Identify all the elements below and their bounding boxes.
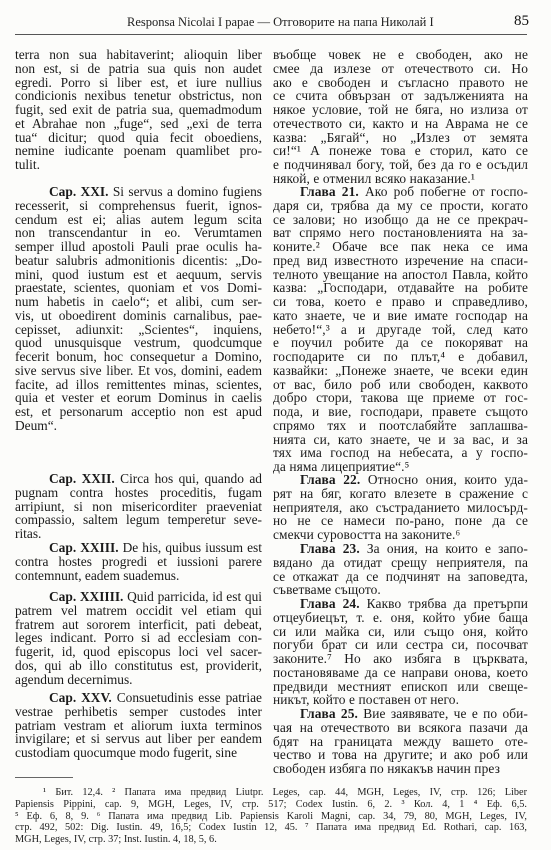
footnote-divider [15, 777, 73, 778]
running-title: Responsa Nicolai I papae — Отговорите на… [127, 15, 434, 30]
text-line: казвайки: „Понеже знаете, че всеки един [273, 364, 528, 378]
running-header: Responsa Nicolai I papae — Отговорите на… [15, 12, 527, 35]
text-line: patrem vel matrem occidit vel etiam qui [15, 604, 262, 618]
paragraph-cap24: Cap. XXIIII. Quid parricida, id est quip… [15, 590, 262, 686]
text-line: Глава 22. Относно ония, които уда- [273, 473, 528, 487]
text-line: recesserit, si comprehensus fuerit, igno… [15, 199, 262, 213]
text-line: вядано да отидат срещу неприятеля, па [273, 556, 528, 570]
line-text: чество и това на другите; и ако роб или [273, 747, 528, 762]
line-text: non est, si de patria sua quis non audet [15, 61, 262, 76]
text-line: egredi. Porro si liber est, et iure null… [15, 76, 262, 90]
line-text: рят на бяг, когато влезете в сражение с [273, 486, 528, 501]
line-text: recesserit, si comprehensus fuerit, igno… [15, 198, 262, 213]
line-text: спрямо тях и поотслабяйте заплашва- [273, 418, 528, 433]
line-text: смекчи суровостта на законите.⁶ [273, 527, 460, 542]
text-line: fecerit bonum, hoc consequetur a Domino, [15, 350, 262, 364]
paragraph-gl21: Глава 21. Ако роб побегне от госпо-даря … [273, 185, 528, 474]
line-text: vis, ut oboedirent dominis carnalibus, p… [15, 308, 262, 323]
paragraph-cap21: Cap. XXI. Si servus a domino fugiensrece… [15, 185, 262, 433]
line-text: отцеубиецът, т. е. оня, който убие баща [273, 610, 528, 625]
text-line: отцеубиецът, т. е. оня, който убие баща [273, 611, 528, 625]
text-line: тях има господ на небесата, а у госпо- [273, 446, 528, 460]
footnote-line: Papiensis Pippini, cap. 9, MGH, Leges, I… [15, 799, 527, 811]
text-line: non est, si de patria sua quis non audet [15, 62, 262, 76]
line-text: pugnam contra hostes proceditis, fugam [15, 485, 262, 500]
chapter-heading: Cap. XXI. [49, 184, 108, 199]
line-text: въобще човек не е свободен, ако не [273, 47, 528, 62]
line-text: quod unusquisque vestrum, quodcumque [15, 335, 262, 350]
line-text: cepisset, adiunxit: „Scientes“, inquiens… [15, 322, 262, 337]
footnote-line: MGH, Leges, IV, стр. 37; Inst. Iustin. 4… [15, 834, 527, 846]
line-text: non transcendantur in eo. Verumtamen [15, 225, 262, 240]
text-line: contra hostes progredi et iussioni parer… [15, 555, 262, 569]
text-line: ritas. [15, 527, 262, 541]
line-text: си!“¹ А понеже това е сторил, като се [273, 143, 528, 158]
text-line: предвиди местният епископ или свеще- [273, 680, 528, 694]
chapter-heading: Глава 24. [300, 596, 360, 611]
text-line: неприятеля, ако състраданието милосърд- [273, 501, 528, 515]
line-text: arripiunt, si non misericorditer praeven… [15, 499, 262, 514]
line-text: fugit, sed exit de patria sua, quemadmod… [15, 102, 262, 117]
text-line: praestate, scientes, quoniam et vos Domi… [15, 281, 262, 295]
line-text: чая на отечеството ви всякога пазачи да [273, 720, 528, 735]
text-line: fugit, sed exit de patria sua, quemadmod… [15, 103, 262, 117]
text-line: semper illud apostoli Pauli prae oculis … [15, 240, 262, 254]
text-line: quod unusquisque vestrum, quodcumque [15, 336, 262, 350]
line-text: добро стори, такова ще приеме от гос- [273, 390, 528, 405]
text-line: господарите си по плът,⁴ е добавил, [273, 350, 528, 364]
line-text: е поучил робите да се покоряват на [273, 335, 528, 350]
line-text: неприятеля, ако състраданието милосърд- [273, 500, 528, 515]
text-line: leges indicant. Porro si ad ecclesiam co… [15, 631, 262, 645]
text-line: fratrem aut sororem interficit, pati deb… [15, 618, 262, 632]
line-text: invigilare; et si servus aut liber per e… [15, 731, 262, 746]
text-line: но не се намеси по-рано, поне да се [273, 514, 528, 528]
text-line: num habetis in caelo“; et alibi, cum ser… [15, 295, 262, 309]
line-text: fratrem aut sororem interficit, pati deb… [15, 617, 262, 632]
line-text: ritas. [15, 526, 41, 541]
text-line: от вас, било роб или свободен, каквото [273, 378, 528, 392]
line-text: от вас, било роб или свободен, каквото [273, 377, 528, 392]
line-text: Circa hos qui, quando ad [120, 471, 262, 486]
text-line: tulit. [15, 158, 262, 172]
line-text: egredi. Porro si liber est, et iure null… [15, 75, 262, 90]
text-line: custodiam quocumque modo fugerit, sine [15, 746, 262, 760]
text-line: законите.⁷ Но ако избяга в църквата, [273, 652, 528, 666]
text-line: non transcendantur in eo. Verumtamen [15, 226, 262, 240]
line-text: съветваме същото. [273, 582, 381, 597]
text-line: чая на отечеството ви всякога пазачи да [273, 721, 528, 735]
line-text: nemine iudicante poenam quamlibet pro- [15, 143, 262, 158]
line-text: est, et personarum acceptio non est apud [15, 404, 262, 419]
paragraph-cont: въобще човек не е свободен, ако несмее д… [273, 48, 528, 186]
line-text: но не се намеси по-рано, поне да се [273, 513, 528, 528]
text-line: погуби брат си или сестра си, посочват [273, 638, 528, 652]
text-line: agendum decernimus. [15, 673, 262, 687]
text-line: Глава 25. Вие заявявате, че е по оби- [273, 707, 528, 721]
text-line: compassio, saltem legum temperetur seve- [15, 513, 262, 527]
line-text: patriam vestram et aliorum iuxta termino… [15, 718, 262, 733]
line-text: пода, и вие, господари, правете същото [273, 404, 528, 419]
line-text: vestrae perhibetis semper custodes inter [15, 704, 262, 719]
text-line: beatur salubris admonitionis dicentis: „… [15, 254, 262, 268]
text-line: е поучил робите да се покоряват на [273, 336, 528, 350]
line-text: е подчинявал богу, той, без да го е осъд… [273, 157, 528, 172]
line-text: господарите си по плът,⁴ е добавил, [273, 349, 528, 364]
line-text: пред вид известното изречение на спаси- [273, 253, 528, 268]
line-text: небето!“,³ а и другаде той, след като [273, 322, 528, 337]
text-line: даря си, трябва да му се прости, когато [273, 199, 528, 213]
line-text: beatur salubris admonitionis dicentis: „… [15, 253, 262, 268]
text-line: vestrae perhibetis semper custodes inter [15, 705, 262, 719]
text-line: е подчинявал богу, той, без да го е осъд… [273, 158, 528, 172]
line-text: contra hostes progredi et iussioni parer… [15, 554, 262, 569]
chapter-heading: Глава 21. [300, 184, 359, 199]
line-text: нията си, като знаете, че и за вас, и за [273, 432, 528, 447]
line-text: коните.² Обаче все пак нека се има [273, 239, 528, 254]
line-text: patrem vel matrem occidit vel etiam qui [15, 603, 262, 618]
line-text: terra non sua habitaverint; alioquin lib… [15, 47, 262, 62]
paragraph-cap23: Cap. XXIII. De his, quibus iussum estcon… [15, 541, 262, 582]
text-line: съветваме същото. [273, 583, 528, 597]
paragraph-cap25: Cap. XXV. Consuetudinis esse patriaevest… [15, 691, 262, 760]
text-line: се откажат да се подчинят на заповедта, [273, 570, 528, 584]
text-line: quia et vester et eorum Dominus in caeli… [15, 391, 262, 405]
text-line: въобще човек не е свободен, ако не [273, 48, 528, 62]
text-line: invigilare; et si servus aut liber per e… [15, 732, 262, 746]
footnotes: ¹ Бит. 12,4. ² Папата има предвид Liutpr… [15, 787, 527, 846]
line-text: казва: „Бягай“, но „Излез от земята [273, 130, 528, 145]
chapter-heading: Глава 22. [300, 472, 360, 487]
paragraph-gl22: Глава 22. Относно ония, които уда-рят на… [273, 473, 528, 542]
line-text: custodiam quocumque modo fugerit, sine [15, 745, 237, 760]
line-text: тях има господ на небесата, а у госпо- [273, 445, 528, 460]
text-line: постановяваме да се направи онова, което [273, 666, 528, 680]
line-text: се залови; но изобщо да не се прекрач- [273, 212, 528, 227]
text-line: Cap. XXI. Si servus a domino fugiens [15, 185, 262, 199]
text-line: et Abrahae non „fuge“, sed „exi de terra [15, 117, 262, 131]
line-text: fecerit bonum, hoc consequetur a Domino, [15, 349, 262, 364]
text-line: си това, което е право и справедливо, [273, 295, 528, 309]
line-text: се откажат да се подчинят на заповедта, [273, 569, 528, 584]
text-line: Глава 21. Ако роб побегне от госпо- [273, 185, 528, 199]
text-line: Cap. XXII. Circa hos qui, quando ad [15, 472, 262, 486]
line-text: Ако роб побегне от госпо- [365, 184, 528, 199]
line-text: телното увещание на апостол Павла, който [273, 267, 528, 282]
chapter-heading: Cap. XXII. [49, 471, 115, 486]
line-text: Consuetudinis esse patriae [117, 690, 262, 705]
line-text: tua“ dicitur; quod quia fecit oboediens, [15, 130, 262, 145]
text-line: бдят на границата между вашето оте- [273, 735, 528, 749]
paragraph-cont: terra non sua habitaverint; alioquin lib… [15, 48, 262, 172]
text-line: казва: „Господари, отдавайте на робите [273, 281, 528, 295]
footnote-line: ⁵ Еф. 6, 8, 9. ⁶ Папата има предвид Lib.… [15, 811, 527, 823]
line-text: Deum“. [15, 418, 57, 433]
page-number: 85 [514, 13, 529, 30]
line-text: ват спрямо него постановленията на за- [273, 225, 528, 240]
text-line: като знаете, че и вие имате господар на [273, 309, 528, 323]
text-line: ако е свободен и съгласно правото не [273, 76, 528, 90]
text-line: pugnam contra hostes proceditis, fugam [15, 486, 262, 500]
text-line: est, et personarum acceptio non est apud [15, 405, 262, 419]
line-text: свободен избяга по някакъв начин през [273, 761, 500, 776]
text-line: добро стори, такова ще приеме от гос- [273, 391, 528, 405]
chapter-heading: Cap. XXIIII. [49, 589, 123, 604]
text-line: коните.² Обаче все пак нека се има [273, 240, 528, 254]
paragraph-gl23: Глава 23. За ония, на които е запо-вядан… [273, 542, 528, 597]
text-line: contemnunt, eadem suademus. [15, 569, 262, 583]
line-text: никът, който е поставен от него. [273, 692, 459, 707]
text-line: никът, който е поставен от него. [273, 693, 528, 707]
line-text: cendum est ei; alias autem legum scita [15, 212, 262, 227]
text-line: Cap. XXV. Consuetudinis esse patriae [15, 691, 262, 705]
text-line: cendum est ei; alias autem legum scita [15, 213, 262, 227]
text-line: си!“¹ А понеже това е сторил, като се [273, 144, 528, 158]
line-text: Вие заявявате, че е по оби- [363, 706, 528, 721]
text-line: някое условие, той не бяга, но излиза от [273, 103, 528, 117]
text-line: смее да излезе от отечеството си. Но [273, 62, 528, 76]
text-line: отечеството си, както и на Аврама не се [273, 117, 528, 131]
paragraph-gl24: Глава 24. Какво трябва да претърпиотцеуб… [273, 597, 528, 707]
line-text: mini, quod iustum est et aequum, servis [15, 267, 262, 282]
text-line: cepisset, adiunxit: „Scientes“, inquiens… [15, 323, 262, 337]
text-line: си или майка си, или също оня, който [273, 625, 528, 639]
line-text: Quid parricida, id est qui [127, 589, 262, 604]
text-line: чество и това на другите; и ако роб или [273, 748, 528, 762]
line-text: За ония, на които е запо- [367, 541, 528, 556]
line-text: et Abrahae non „fuge“, sed „exi de terra [15, 116, 262, 131]
line-text: си това, което е право и справедливо, [273, 294, 528, 309]
line-text: compassio, saltem legum temperetur seve- [15, 512, 262, 527]
text-line: смекчи суровостта на законите.⁶ [273, 528, 528, 542]
text-line: tua“ dicitur; quod quia fecit oboediens, [15, 131, 262, 145]
line-text: вядано да отидат срещу неприятеля, па [273, 555, 528, 570]
line-text: погуби брат си или сестра си, посочват [273, 637, 528, 652]
text-line: рят на бяг, когато влезете в сражение с [273, 487, 528, 501]
line-text: Какво трябва да претърпи [367, 596, 528, 611]
text-line: vis, ut oboedirent dominis carnalibus, p… [15, 309, 262, 323]
line-text: num habetis in caelo“; et alibi, cum ser… [15, 294, 262, 309]
text-line: fugerit, id, quod episcopus loci vel sac… [15, 645, 262, 659]
line-text: semper illud apostoli Pauli prae oculis … [15, 239, 262, 254]
text-line: свободен избяга по някакъв начин през [273, 762, 528, 776]
line-text: като знаете, че и вие имате господар на [273, 308, 528, 323]
text-line: facite, ad illos remittentes minas, scie… [15, 378, 262, 392]
line-text: sive servus sive liber. Et vos, domini, … [15, 363, 262, 378]
text-line: спрямо тях и поотслабяйте заплашва- [273, 419, 528, 433]
line-text: dos, qui ab illo constitutus est, provid… [15, 658, 262, 673]
line-text: contemnunt, eadem suademus. [15, 568, 179, 583]
chapter-heading: Cap. XXV. [49, 690, 112, 705]
line-text: Si servus a domino fugiens [113, 184, 262, 199]
line-text: quia et vester et eorum Dominus in caeli… [15, 390, 262, 405]
text-line: sive servus sive liber. Et vos, domini, … [15, 364, 262, 378]
line-text: постановяваме да се направи онова, което [273, 665, 528, 680]
line-text: fugerit, id, quod episcopus loci vel sac… [15, 644, 262, 659]
line-text: condicionis nexibus tenetur obstrictus, … [15, 88, 262, 103]
line-text: facite, ad illos remittentes minas, scie… [15, 377, 262, 392]
line-text: някое условие, той не бяга, но излиза от [273, 102, 528, 117]
text-line: ват спрямо него постановленията на за- [273, 226, 528, 240]
text-line: небето!“,³ а и другаде той, след като [273, 323, 528, 337]
text-line: mini, quod iustum est et aequum, servis [15, 268, 262, 282]
paragraph-gl25: Глава 25. Вие заявявате, че е по оби-чая… [273, 707, 528, 776]
text-line: Deum“. [15, 419, 262, 433]
line-text: смее да излезе от отечеството си. Но [273, 61, 528, 76]
line-text: си или майка си, или също оня, който [273, 624, 528, 639]
line-text: отечеството си, както и на Аврама не се [273, 116, 528, 131]
line-text: бдят на границата между вашето оте- [273, 734, 528, 749]
text-line: patriam vestram et aliorum iuxta termino… [15, 719, 262, 733]
line-text: De his, quibus iussum est [123, 540, 262, 555]
line-text: ако е свободен и съгласно правото не [273, 75, 528, 90]
line-text: даря си, трябва да му се прости, когато [273, 198, 528, 213]
text-line: Глава 23. За ония, на които е запо- [273, 542, 528, 556]
text-line: пред вид известното изречение на спаси- [273, 254, 528, 268]
line-text: казва: „Господари, отдавайте на робите [273, 280, 528, 295]
text-line: condicionis nexibus tenetur obstrictus, … [15, 89, 262, 103]
text-line: нията си, като знаете, че и за вас, и за [273, 433, 528, 447]
line-text: agendum decernimus. [15, 672, 133, 687]
chapter-heading: Глава 23. [300, 541, 360, 556]
line-text: tulit. [15, 157, 40, 172]
chapter-heading: Cap. XXIII. [49, 540, 119, 555]
line-text: предвиди местният епископ или свеще- [273, 679, 528, 694]
text-line: се счита обвързан от задълженията на [273, 89, 528, 103]
line-text: leges indicant. Porro si ad ecclesiam co… [15, 630, 262, 645]
line-text: казвайки: „Понеже знаете, че всеки един [273, 363, 528, 378]
text-line: terra non sua habitaverint; alioquin lib… [15, 48, 262, 62]
text-line: Cap. XXIII. De his, quibus iussum est [15, 541, 262, 555]
chapter-heading: Глава 25. [300, 706, 358, 721]
text-line: Cap. XXIIII. Quid parricida, id est qui [15, 590, 262, 604]
text-line: пода, и вие, господари, правете същото [273, 405, 528, 419]
line-text: се счита обвързан от задълженията на [273, 88, 528, 103]
paragraph-cap22: Cap. XXII. Circa hos qui, quando adpugna… [15, 472, 262, 541]
text-line: телното увещание на апостол Павла, който [273, 268, 528, 282]
text-line: nemine iudicante poenam quamlibet pro- [15, 144, 262, 158]
footnote-line: ¹ Бит. 12,4. ² Папата има предвид Liutpr… [15, 787, 527, 799]
text-line: казва: „Бягай“, но „Излез от земята [273, 131, 528, 145]
line-text: Относно ония, които уда- [368, 472, 528, 487]
text-line: arripiunt, si non misericorditer praeven… [15, 500, 262, 514]
text-line: dos, qui ab illo constitutus est, provid… [15, 659, 262, 673]
footnote-line: стр. 492, 502: Dig. Iustin. 49, 16,5; Co… [15, 822, 527, 834]
line-text: законите.⁷ Но ако избяга в църквата, [273, 651, 528, 666]
line-text: praestate, scientes, quoniam et vos Domi… [15, 280, 262, 295]
text-line: се залови; но изобщо да не се прекрач- [273, 213, 528, 227]
text-line: Глава 24. Какво трябва да претърпи [273, 597, 528, 611]
